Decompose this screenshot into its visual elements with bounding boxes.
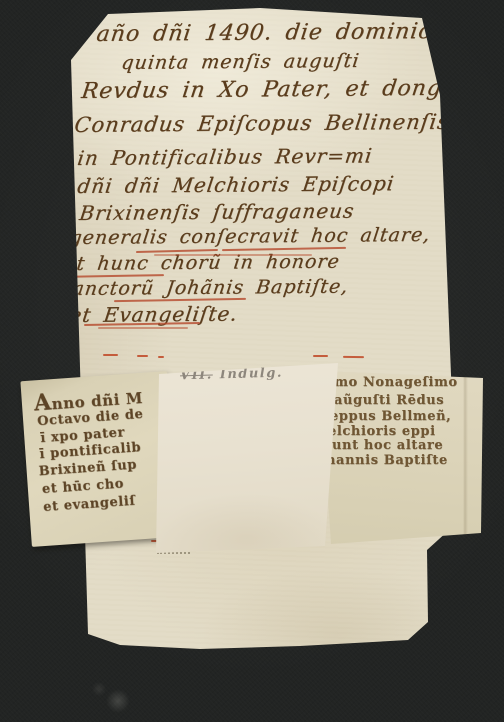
right-paper-slip: ſmo Nonageſimo aũguſti Rēdus eppus Bellm… bbox=[318, 365, 484, 546]
manuscript-line-4: Conradus Epiſcopus Bellinenſis bbox=[73, 110, 451, 137]
manuscript-line-6: dñi dñi Melchioris Epiſcopi bbox=[76, 171, 396, 198]
left-slip-line-6: et hūc cho bbox=[41, 476, 124, 497]
manuscript-line-10: ſanctorũ Johãnis Baptiſte, bbox=[63, 276, 350, 300]
main-manuscript-sheet: año dñi 1490. die dominica quinta menſis… bbox=[58, 6, 456, 654]
left-slip-line-7: et evangeliſ bbox=[43, 494, 136, 515]
right-slip-line-1: ſmo Nonageſimo bbox=[328, 375, 458, 390]
manuscript-line-3: Revdus in Xo Pater, et dong bbox=[80, 76, 444, 104]
manuscript-line-2: quinta menſis auguſti bbox=[120, 50, 361, 74]
manuscript-line-8: generalis conſecravit hoc altare, bbox=[68, 224, 432, 249]
manuscript-line-5: in Pontificalibus Revr=mi bbox=[76, 143, 374, 170]
right-slip-line-3: eppus Bellmeñ, bbox=[330, 409, 451, 424]
right-slip-line-2: aũguſti Rēdus bbox=[334, 393, 444, 408]
middle-paper-slip: VII.Indulg. bbox=[154, 359, 339, 558]
archive-photo-background: año dñi 1490. die dominica quinta menſis… bbox=[0, 0, 504, 722]
left-paper-slip: Anno dñi M Octavo die de ī xpo pater ī p… bbox=[20, 371, 178, 547]
right-slip-line-5: unt hoc altare bbox=[332, 438, 443, 453]
red-underline bbox=[154, 254, 312, 256]
right-slip-line-6: hannis Baptiſte bbox=[326, 453, 448, 468]
manuscript-line-7: Brixinenſis ſuffraganeus bbox=[78, 199, 356, 225]
right-slip-line-4: elchioris eppi bbox=[328, 424, 436, 439]
manuscript-line-1: año dñi 1490. die dominica bbox=[95, 19, 447, 47]
red-underline bbox=[98, 327, 188, 329]
